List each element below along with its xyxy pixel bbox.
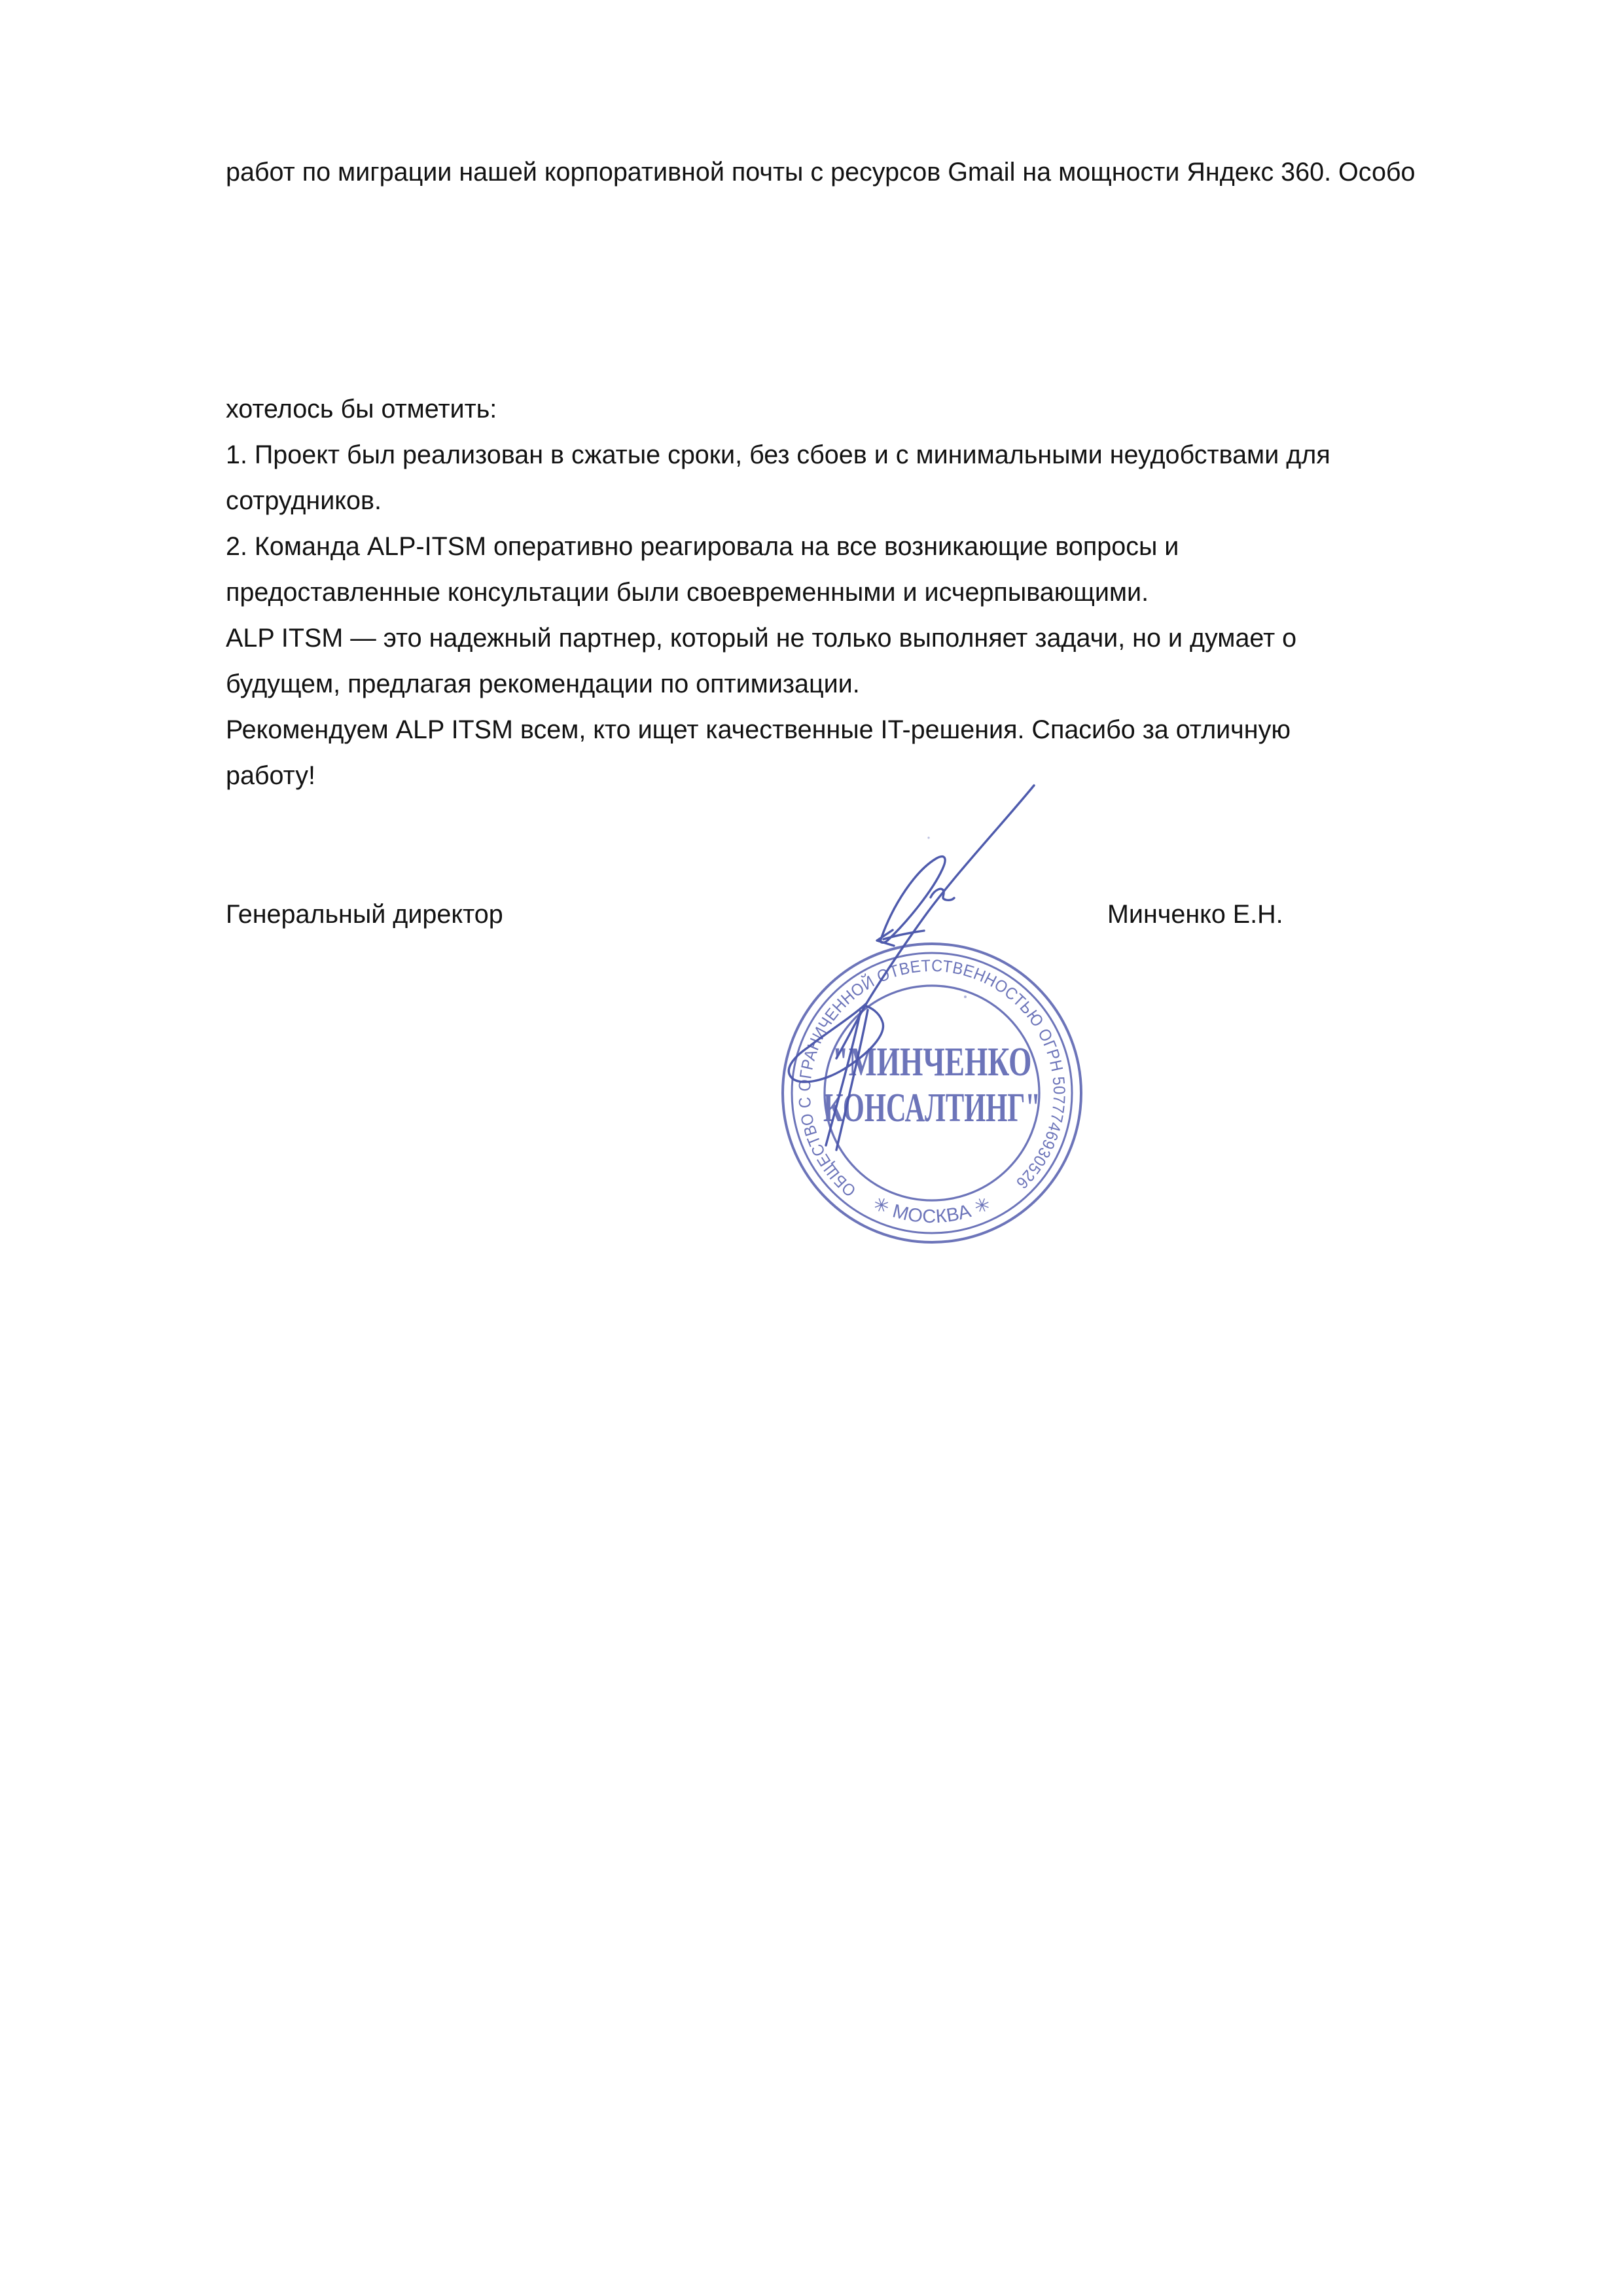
text-line: предоставленные консультации были своевр… <box>226 569 1528 615</box>
body-paragraphs: хотелось бы отметить:1. Проект был реали… <box>226 386 1528 798</box>
signature-leaf-loop <box>881 857 945 943</box>
text-line: Рекомендуем ALP ITSM всем, кто ищет каче… <box>226 707 1528 753</box>
document-page: работ по миграции нашей корпоративной по… <box>0 0 1623 2296</box>
stamp-company-name-line1: "МИНЧЕНКО <box>832 1040 1032 1085</box>
text-line: будущем, предлагая рекомендации по оптим… <box>226 661 1528 707</box>
ink-speck <box>927 836 929 838</box>
company-stamp: ОБЩЕСТВО С ОГРАНИЧЕННОЙ ОТВЕТСТВЕННОСТЬЮ… <box>783 836 1081 1242</box>
text-line: сотрудников. <box>226 478 1528 524</box>
text-line: ALP ITSM — это надежный партнер, который… <box>226 615 1528 661</box>
text-line: хотелось бы отметить: <box>226 386 1528 432</box>
text-line: 2. Команда ALP-ITSM оперативно реагирова… <box>226 524 1528 569</box>
intro-paragraph: работ по миграции нашей корпоративной по… <box>226 149 1508 195</box>
stamp-company-name-line2: КОНСАЛТИНГ" <box>823 1086 1041 1130</box>
ink-speck <box>964 996 967 998</box>
text-line: 1. Проект был реализован в сжатые сроки,… <box>226 432 1528 478</box>
stamp-and-signature-overlay: ОБЩЕСТВО С ОГРАНИЧЕННОЙ ОТВЕТСТВЕННОСТЬЮ… <box>726 762 1145 1299</box>
stamp-city-text: ✳ МОСКВА ✳ <box>870 1193 995 1227</box>
signer-title: Генеральный директор <box>226 900 503 929</box>
